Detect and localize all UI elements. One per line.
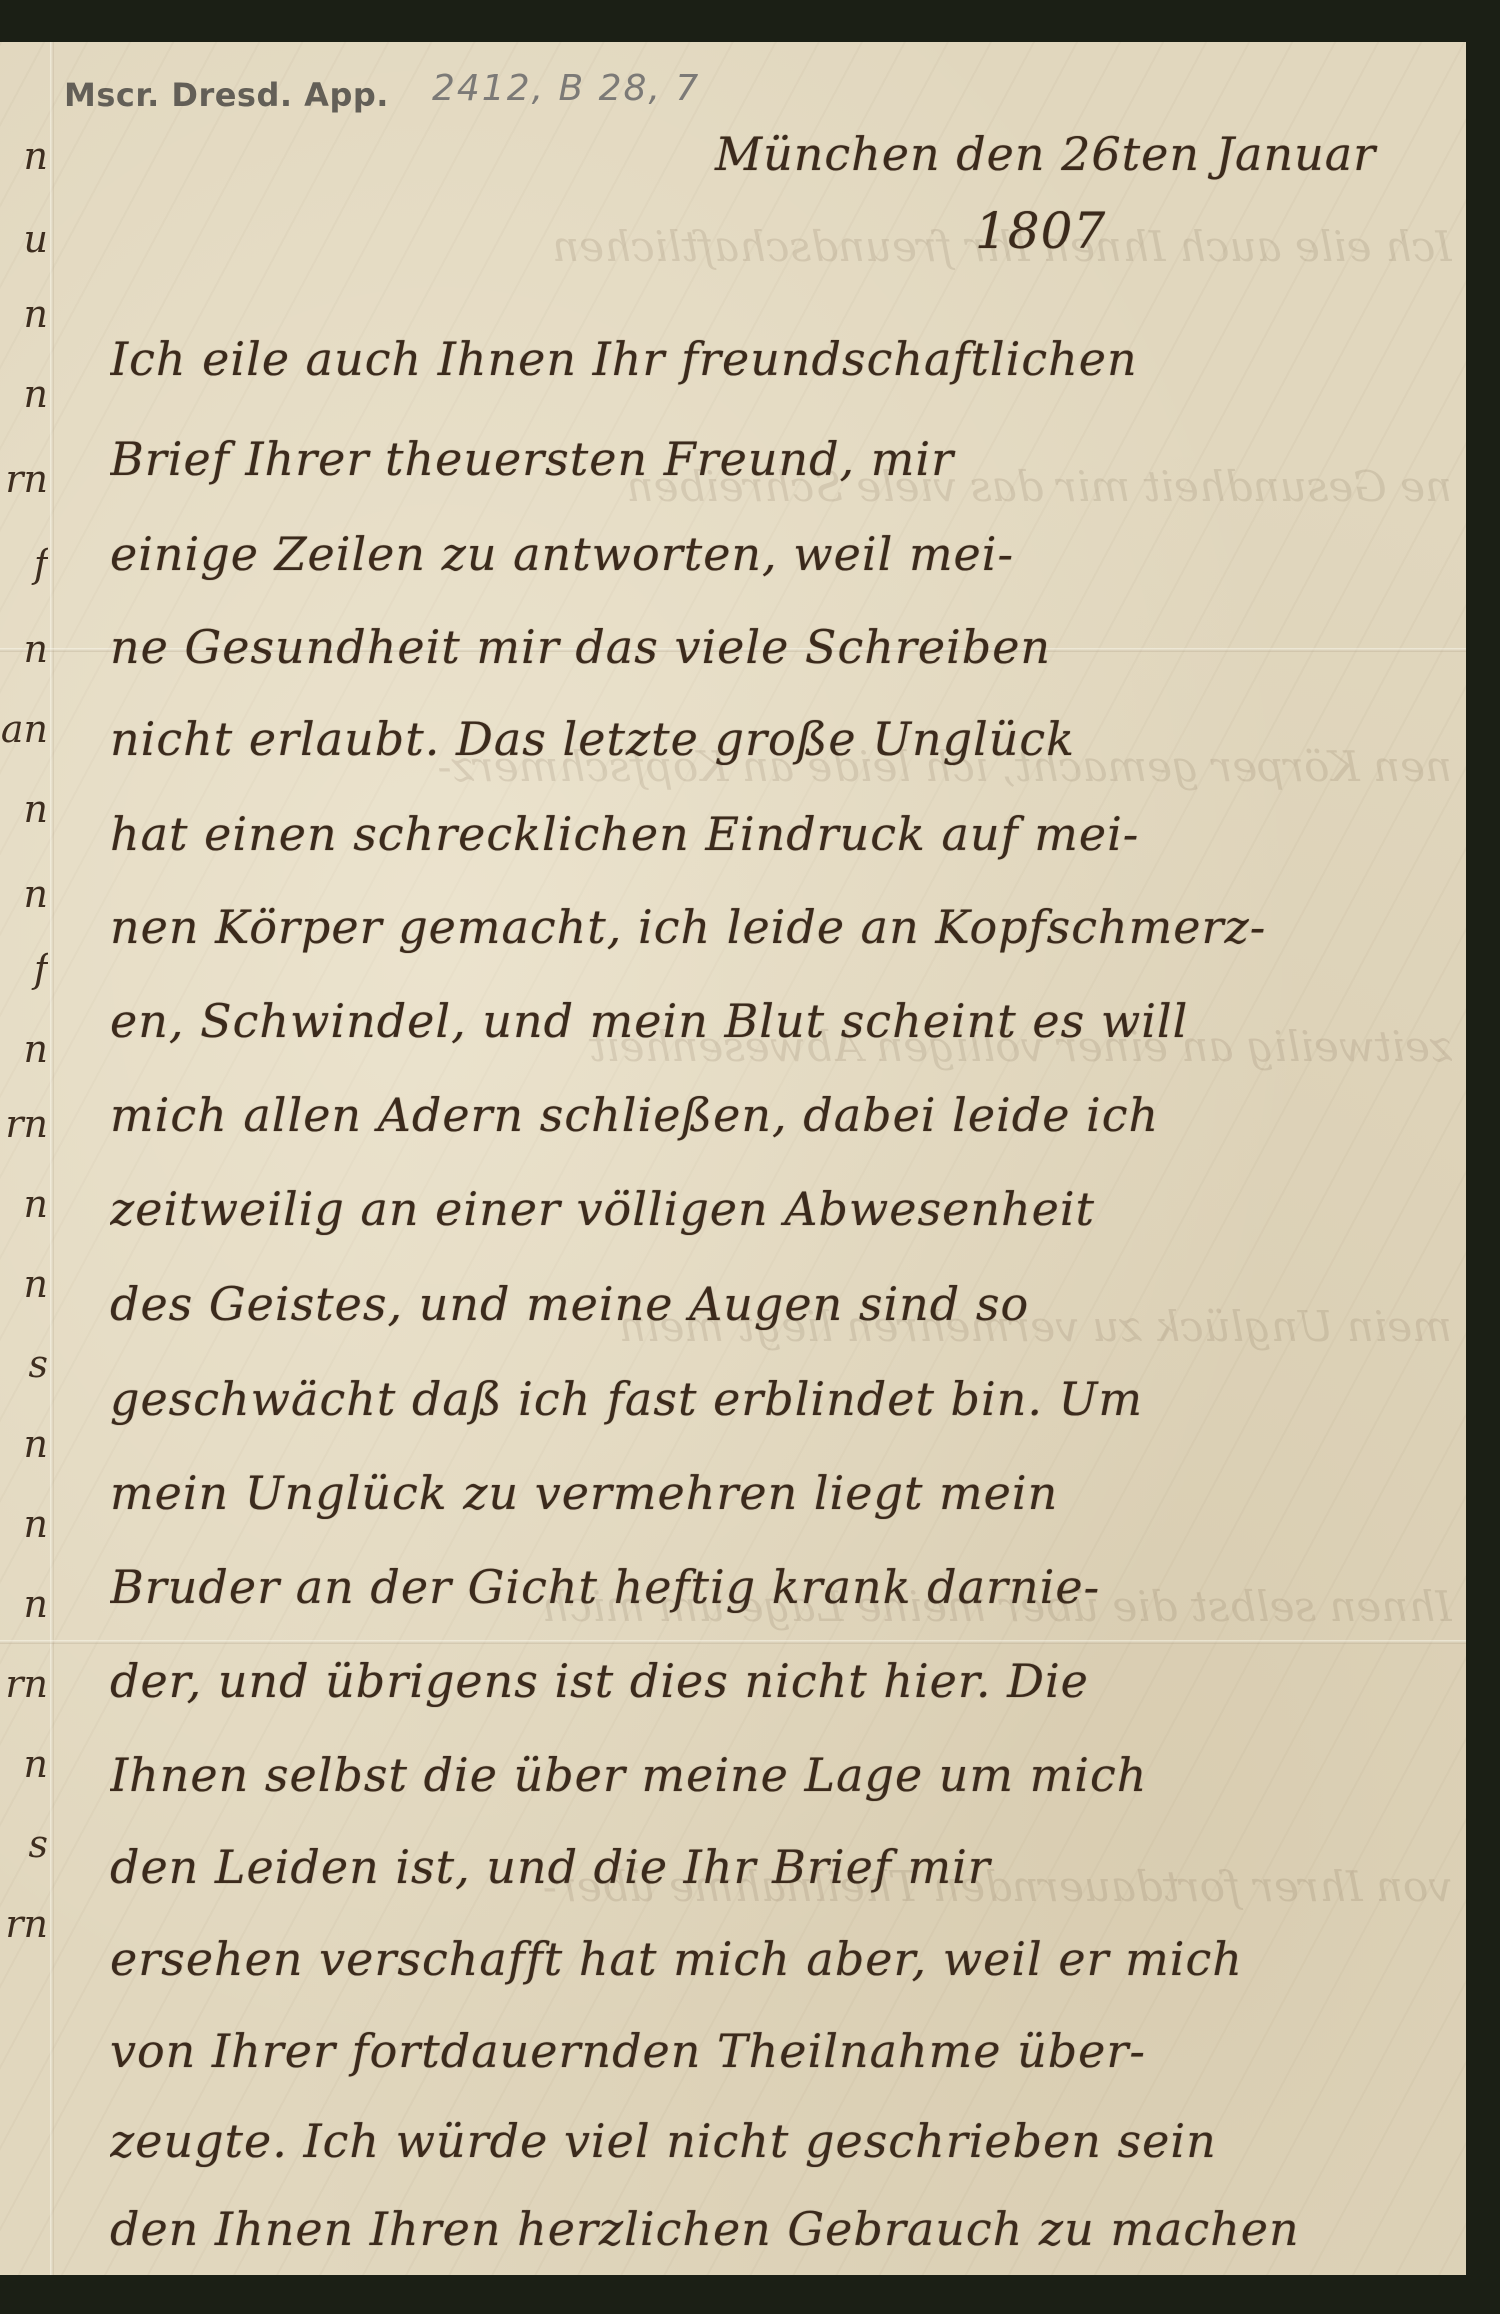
letter-page: Ich eile auch Ihnen Ihr freundschaftlich… <box>0 42 1466 2275</box>
margin-fragment: n <box>0 1502 48 1546</box>
margin-fragment: n <box>0 627 48 671</box>
margin-fragment: rn <box>0 1902 48 1946</box>
margin-fragment: s <box>0 1342 48 1386</box>
pencil-shelfmark: 2412, B 28, 7 <box>432 68 700 109</box>
letter-line: Bruder an der Gicht heftig krank darnie- <box>110 1560 1440 1614</box>
letter-place-date: München den 26ten Januar <box>715 127 1376 181</box>
horizontal-fold-line <box>0 1640 1466 1644</box>
margin-fragment: f <box>0 947 48 991</box>
letter-line: nen Körper gemacht, ich leide an Kopfsch… <box>110 900 1440 954</box>
letter-line: zeitweilig an einer völligen Abwesenheit <box>110 1182 1440 1236</box>
letter-line: ne Gesundheit mir das viele Schreiben <box>110 620 1440 674</box>
letter-line: den Ihnen Ihren herzlichen Gebrauch zu m… <box>110 2202 1440 2256</box>
margin-fragment: n <box>0 787 48 831</box>
letter-line: von Ihrer fortdauernden Theilnahme über- <box>110 2024 1440 2078</box>
scan-frame: Ich eile auch Ihnen Ihr freundschaftlich… <box>0 0 1500 2314</box>
vertical-fold-line <box>50 42 54 2275</box>
margin-fragment: n <box>0 872 48 916</box>
margin-fragment: n <box>0 134 48 178</box>
letter-line: nicht erlaubt. Das letzte große Unglück <box>110 712 1440 766</box>
margin-fragment: rn <box>0 457 48 501</box>
margin-fragment: n <box>0 1582 48 1626</box>
archive-stamp: Mscr. Dresd. App. <box>64 76 389 114</box>
letter-line: hat einen schrecklichen Eindruck auf mei… <box>110 807 1440 861</box>
margin-fragment: an <box>0 707 48 751</box>
letter-line: der, und übrigens ist dies nicht hier. D… <box>110 1654 1440 1708</box>
letter-line: Ihnen selbst die über meine Lage um mich <box>110 1748 1440 1802</box>
letter-line: des Geistes, und meine Augen sind so <box>110 1277 1440 1331</box>
margin-fragment: f <box>0 542 48 586</box>
letter-line: mein Unglück zu vermehren liegt mein <box>110 1466 1440 1520</box>
margin-fragment: u <box>0 217 48 261</box>
letter-line: Ich eile auch Ihnen Ihr freundschaftlich… <box>110 332 1440 386</box>
margin-fragment: n <box>0 1742 48 1786</box>
letter-line: geschwächt daß ich fast erblindet bin. U… <box>110 1372 1440 1426</box>
margin-fragment: n <box>0 372 48 416</box>
margin-fragment: n <box>0 1262 48 1306</box>
letter-line: einige Zeilen zu antworten, weil mei- <box>110 527 1440 581</box>
letter-line: Brief Ihrer theuersten Freund, mir <box>110 432 1440 486</box>
letter-line: mich allen Adern schließen, dabei leide … <box>110 1088 1440 1142</box>
margin-fragment: rn <box>0 1662 48 1706</box>
margin-fragment: s <box>0 1822 48 1866</box>
margin-fragment: rn <box>0 1102 48 1146</box>
bleed-through-text: Ich eile auch Ihnen Ihr freundschaftlich… <box>62 222 1452 271</box>
margin-fragment: n <box>0 292 48 336</box>
letter-year: 1807 <box>975 202 1106 260</box>
letter-line: en, Schwindel, und mein Blut scheint es … <box>110 994 1440 1048</box>
margin-fragment: n <box>0 1182 48 1226</box>
letter-line: den Leiden ist, und die Ihr Brief mir <box>110 1840 1440 1894</box>
letter-line: zeugte. Ich würde viel nicht geschrieben… <box>110 2114 1440 2168</box>
margin-fragment: n <box>0 1422 48 1466</box>
letter-line: ersehen verschafft hat mich aber, weil e… <box>110 1932 1440 1986</box>
margin-fragment: n <box>0 1027 48 1071</box>
